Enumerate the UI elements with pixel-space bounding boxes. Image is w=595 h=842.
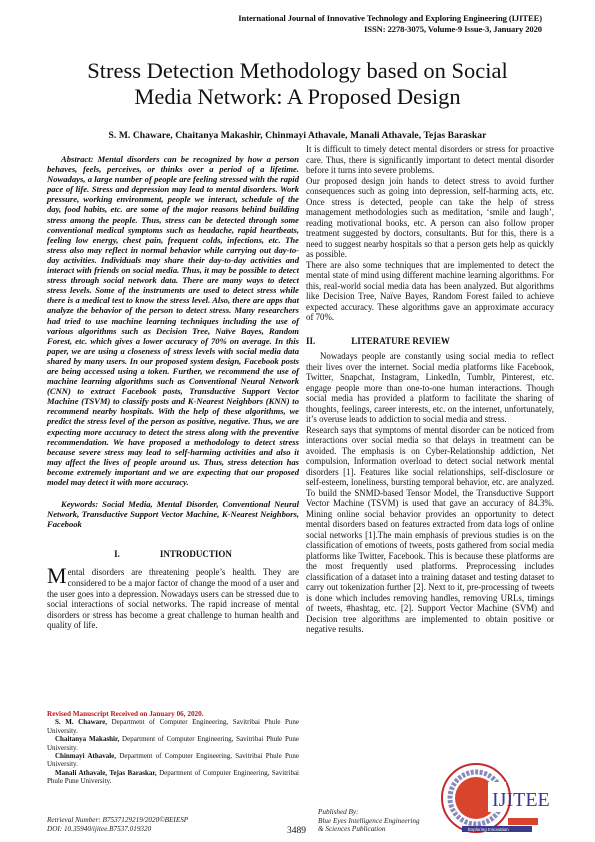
section-heading-literature-review: II. LITERATURE REVIEW [306,336,554,347]
footnote-author: S. M. Chaware, Department of Computer En… [47,718,299,735]
footnote-author-name: S. M. Chaware, [55,718,107,726]
literature-paragraph-2: Research says that symptoms of mental di… [306,425,554,635]
revised-note: Revised Manuscript Received on January 0… [47,710,299,718]
retrieval-info: Retrieval Number: B7537129219/2020©BEIES… [47,816,188,834]
running-header: International Journal of Innovative Tech… [238,13,542,35]
svg-text:IJITEE: IJITEE [492,789,550,811]
section-title: INTRODUCTION [160,549,232,559]
section-number: II. [306,336,315,347]
section-title: LITERATURE REVIEW [351,336,450,347]
intro-text: ental disorders are threatening people’s… [47,567,299,630]
literature-paragraph-1: Nowadays people are constantly using soc… [306,351,554,425]
keywords: Keywords: Social Media, Mental Disorder,… [47,499,299,529]
footnote-author-name: Chaitanya Makashir, [55,735,119,743]
drop-cap: M [47,568,67,584]
footnote-author-name: Chinmayi Athavale, [55,752,116,760]
svg-text:Exploring Innovation: Exploring Innovation [468,827,509,832]
author-list: S. M. Chaware, Chaitanya Makashir, Chinm… [30,130,565,141]
footnote-author: Chaitanya Makashir, Department of Comput… [47,735,299,752]
paper-title: Stress Detection Methodology based on So… [30,58,565,110]
retrieval-number: Retrieval Number: B7537129219/2020©BEIES… [47,816,188,825]
footnotes: Revised Manuscript Received on January 0… [47,710,299,786]
publisher-info: Published By: Blue Eyes Intelligence Eng… [318,808,420,834]
abstract: Abstract: Mental disorders can be recogn… [47,154,299,487]
title-line-1: Stress Detection Methodology based on So… [30,58,565,84]
section-heading-introduction: I. INTRODUCTION [47,549,299,559]
left-column: Abstract: Mental disorders can be recogn… [47,154,299,631]
intro-paragraph-1: Mental disorders are threatening people’… [47,567,299,631]
title-line-2: Media Network: A Proposed Design [30,84,565,110]
intro-paragraph-2: It is difficult to timely detect mental … [306,144,554,176]
journal-name: International Journal of Innovative Tech… [238,13,542,24]
footnote-author-name: Manali Athavale, Tejas Baraskar, [55,769,157,777]
ijitee-logo: IJITEE Exploring Innovation [438,760,558,840]
intro-paragraph-4: There are also some techniques that are … [306,260,554,323]
published-by-label: Published By: [318,808,420,817]
publisher-name-2: & Sciences Publication [318,825,420,834]
publisher-name-1: Blue Eyes Intelligence Engineering [318,817,420,826]
doi: DOI: 10.35940/ijitee.B7537.019320 [47,825,188,834]
section-number: I. [114,549,120,559]
right-column: It is difficult to timely detect mental … [306,144,554,635]
footnote-author: Manali Athavale, Tejas Baraskar, Departm… [47,769,299,786]
footnote-author: Chinmayi Athavale, Department of Compute… [47,752,299,769]
intro-paragraph-3: Our proposed design join hands to detect… [306,176,554,260]
issn-line: ISSN: 2278-3075, Volume-9 Issue-3, Janua… [238,24,542,35]
logo-emblem-icon: IJITEE Exploring Innovation [438,760,558,840]
page-number: 3489 [287,826,306,836]
